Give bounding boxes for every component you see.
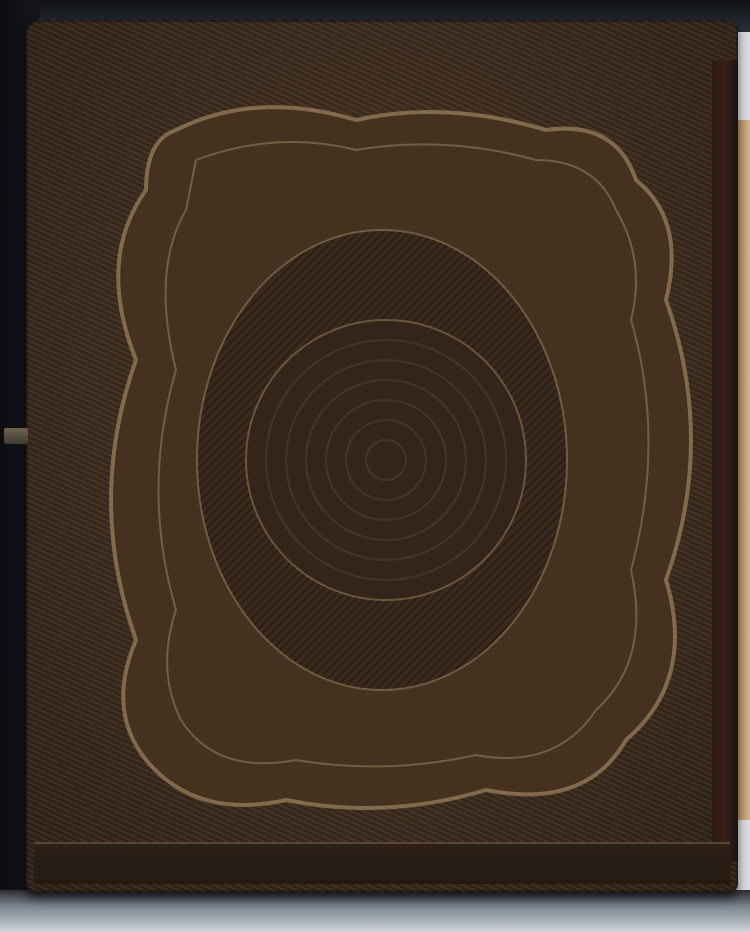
embossed-cartouche bbox=[26, 20, 738, 892]
backdrop-bottom bbox=[0, 890, 750, 932]
worn-leather-edge bbox=[736, 120, 750, 820]
swirl-medallion bbox=[246, 320, 526, 600]
hinge-clasp bbox=[4, 428, 28, 444]
